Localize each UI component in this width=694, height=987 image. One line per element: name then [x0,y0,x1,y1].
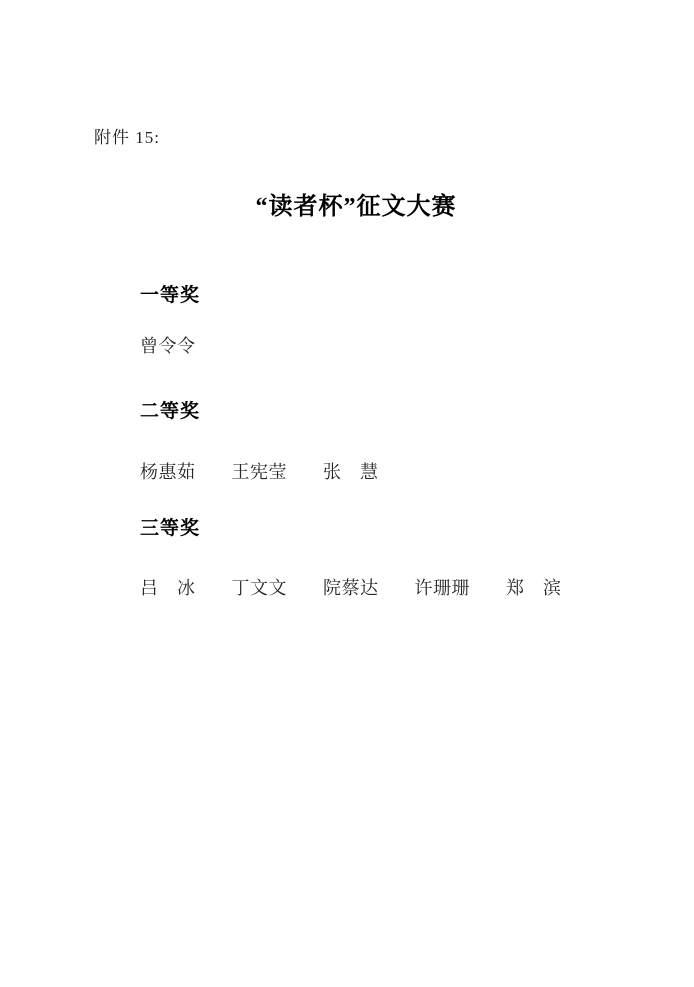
winner-name: 王宪莹 [232,461,288,483]
winner-list-third-prize: 吕 冰 丁文文 院蔡达 许珊珊 郑 滨 [140,577,694,599]
winner-name: 吕 冰 [140,577,196,599]
document-title: “读者杯”征文大赛 [9,193,694,221]
award-section-third-prize: 三等奖 吕 冰 丁文文 院蔡达 许珊珊 郑 滨 [0,518,694,599]
winner-list-first-prize: 曾令令 [140,335,694,357]
winner-name: 许珊珊 [415,577,471,599]
award-section-second-prize: 二等奖 杨惠茹 王宪莹 张 慧 [0,401,694,483]
document-page: 附件 15: “读者杯”征文大赛 一等奖 曾令令 二等奖 杨惠茹 王宪莹 张 慧… [0,0,694,987]
attachment-label: 附件 15: [94,127,694,148]
winner-list-second-prize: 杨惠茹 王宪莹 张 慧 [140,461,694,483]
winner-name: 郑 滨 [506,577,562,599]
winner-name: 张 慧 [323,461,379,483]
winner-name: 杨惠茹 [140,461,196,483]
award-heading-third-prize: 三等奖 [140,518,694,540]
winner-name: 丁文文 [232,577,288,599]
award-heading-second-prize: 二等奖 [140,401,694,423]
award-heading-first-prize: 一等奖 [140,285,694,307]
winner-name: 曾令令 [140,335,196,357]
winner-name: 院蔡达 [323,577,379,599]
award-section-first-prize: 一等奖 曾令令 [0,285,694,357]
